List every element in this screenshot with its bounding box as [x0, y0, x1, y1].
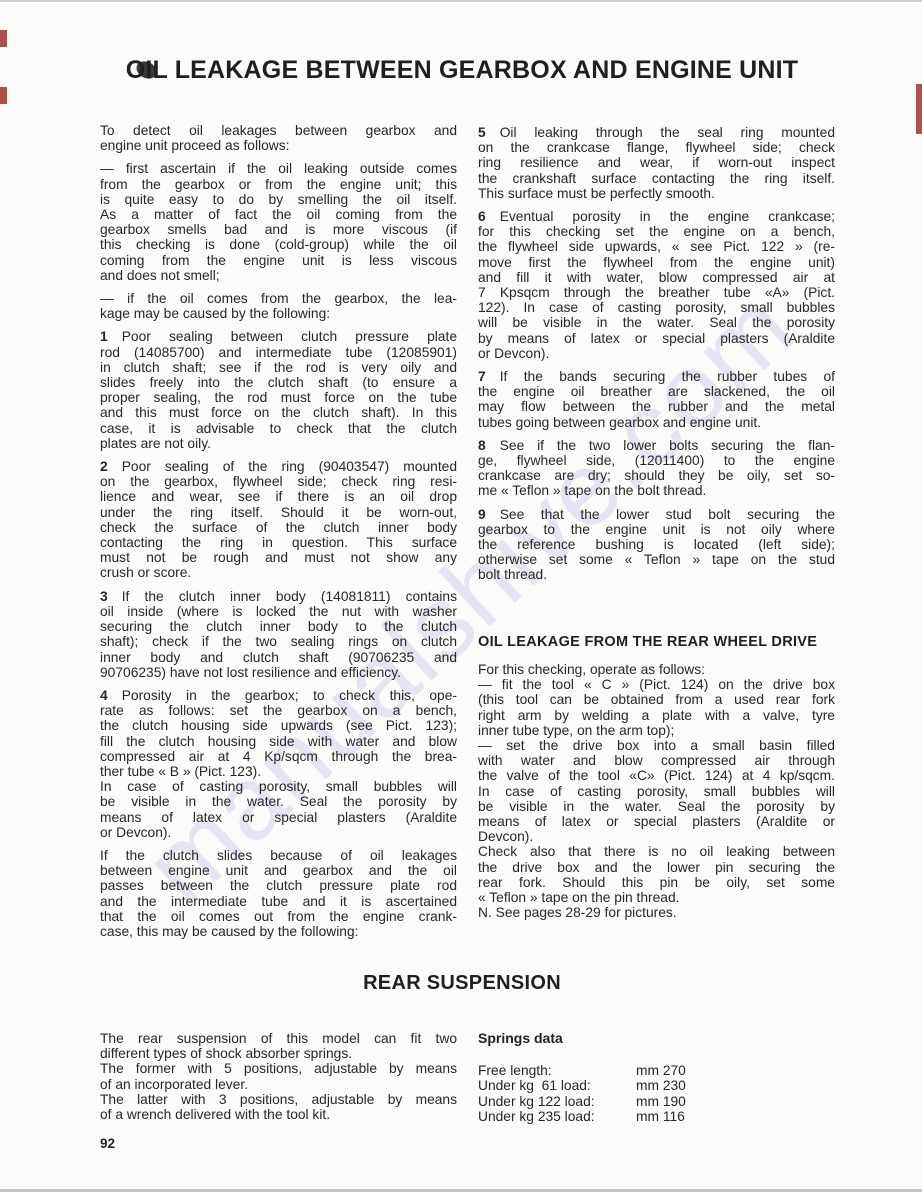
text-line: — fit the tool « C » (Pict. 124) on the … — [478, 677, 835, 692]
text-line: or Devcon). — [478, 346, 835, 361]
left-column: To detect oil leakages between gearbox a… — [100, 123, 457, 939]
text-line: The latter with 3 positions, adjustable … — [100, 1092, 457, 1107]
text-line: ther tube « B » (Pict. 123). — [100, 764, 457, 779]
text-line: 7 Kpsqcm through the breather tube «A» (… — [478, 285, 835, 300]
text-line: the flywheel side upwards, « see Pict. 1… — [478, 239, 835, 254]
item-number: 8 — [478, 438, 486, 453]
spring-value: mm 190 — [636, 1094, 686, 1110]
text-line: is quite easy to do by smelling the oil … — [100, 192, 457, 207]
paragraph: 4Porosity in the gearbox; to check this,… — [100, 688, 457, 779]
paragraph: 8See if the two lower bolts securing the… — [478, 438, 835, 499]
text-line: must not be rough and must not show any — [100, 550, 457, 565]
text-line: 7If the bands securing the rubber tubes … — [478, 369, 835, 384]
item-number: 4 — [100, 688, 108, 703]
text-line: move first the flywheel from the engine … — [478, 255, 835, 270]
text-line: oil inside (where is locked the nut with… — [100, 604, 457, 619]
paragraph: 5Oil leaking through the seal ring mount… — [478, 125, 835, 201]
section-heading: OIL LEAKAGE FROM THE REAR WHEEL DRIVE — [478, 635, 835, 650]
text-line: compressed air at 4 Kp/sqcm through the … — [100, 749, 457, 764]
text-line: 6Eventual porosity in the engine crankca… — [478, 209, 835, 224]
text-line: this checking is done (cold-group) while… — [100, 237, 457, 252]
text-line: by means of latex or special plasters (A… — [478, 331, 835, 346]
text-line: As a matter of fact the oil coming from … — [100, 207, 457, 222]
text-line: If the clutch slides because of oil leak… — [100, 848, 457, 863]
springs-data-heading: Springs data — [478, 1031, 778, 1047]
spring-value: mm 230 — [636, 1078, 686, 1094]
text-line: gearbox to the engine unit is not oily w… — [478, 522, 835, 537]
text-line: shaft); check if the two sealing rings o… — [100, 634, 457, 649]
text-line: crankcase are dry; should they be oily, … — [478, 468, 835, 483]
paragraph: — first ascertain if the oil leaking out… — [100, 161, 457, 283]
text-line: and fill it with water, blow compressed … — [478, 270, 835, 285]
text-line: « Teflon » tape on the pin thread. — [478, 890, 835, 905]
spring-row: Under kg 235 load:mm 116 — [478, 1109, 778, 1125]
text-line: means of latex or special plasters (Aral… — [478, 814, 835, 829]
spring-row: Under kg 122 load:mm 190 — [478, 1094, 778, 1110]
item-number: 6 — [478, 209, 486, 224]
text-line: Check also that there is no oil leaking … — [478, 844, 835, 859]
paragraph: N. See pages 28-29 for pictures. — [478, 905, 835, 920]
paragraph: 3If the clutch inner body (14081811) con… — [100, 589, 457, 680]
text-line: from the gearbox or from the engine unit… — [100, 177, 457, 192]
item-number: 3 — [100, 589, 108, 604]
text-line: of an incorporated lever. — [100, 1077, 457, 1092]
text-line: inner tube type, on the arm top); — [478, 723, 835, 738]
text-line: rear fork. Should this pin be oily, set … — [478, 875, 835, 890]
text-line: gearbox smells bad and is more viscous (… — [100, 222, 457, 237]
text-line: In case of casting porosity, small bubbl… — [478, 784, 835, 799]
text-line: that the oil comes out from the engine c… — [100, 909, 457, 924]
text-line: N. See pages 28-29 for pictures. — [478, 905, 835, 920]
text-line: rate as follows: set the gearbox on a be… — [100, 703, 457, 718]
text-line: the clutch housing side upwards (see Pic… — [100, 718, 457, 733]
text-line: — if the oil comes from the gearbox, the… — [100, 291, 457, 306]
text-line: check the surface of the clutch inner bo… — [100, 520, 457, 535]
right-edge-mark — [916, 84, 922, 134]
text-line: fill the clutch housing side with water … — [100, 734, 457, 749]
item-number: 9 — [478, 507, 486, 522]
text-line: and does not smell; — [100, 268, 457, 283]
text-line: the valve of the tool «C» (Pict. 124) at… — [478, 768, 835, 783]
text-line: securing the clutch inner body to the cl… — [100, 619, 457, 634]
text-line: kage may be caused by the following: — [100, 306, 457, 321]
manual-page: OIL LEAKAGE BETWEEN GEARBOX AND ENGINE U… — [0, 0, 922, 1192]
text-line: the crankshaft surface contacting the ri… — [478, 171, 835, 186]
spring-label: Under kg 61 load: — [478, 1078, 636, 1094]
paragraph: In case of casting porosity, small bubbl… — [100, 779, 457, 840]
text-line: ge, flywheel side, (12011400) to the eng… — [478, 453, 835, 468]
spring-label: Under kg 122 load: — [478, 1094, 636, 1110]
text-line: (this tool can be obtained from a used r… — [478, 692, 835, 707]
text-line: under the ring itself. Should it be worn… — [100, 505, 457, 520]
page-title: OIL LEAKAGE BETWEEN GEARBOX AND ENGINE U… — [92, 56, 832, 85]
paragraph: The latter with 3 positions, adjustable … — [100, 1092, 457, 1122]
paragraph: The former with 5 positions, adjustable … — [100, 1061, 457, 1091]
text-line: otherwise set some « Teflon » tape on th… — [478, 552, 835, 567]
text-line: inner body and clutch shaft (90706235 an… — [100, 650, 457, 665]
text-line: me « Teflon » tape on the bolt thread. — [478, 483, 835, 498]
text-line: will be visible in the water. Seal the p… — [478, 315, 835, 330]
item-number: 2 — [100, 459, 108, 474]
text-line: proper sealing, the rod must force on th… — [100, 390, 457, 405]
text-line: 3If the clutch inner body (14081811) con… — [100, 589, 457, 604]
paragraph: To detect oil leakages between gearbox a… — [100, 123, 457, 153]
text-line: different types of shock absorber spring… — [100, 1046, 457, 1061]
spring-value: mm 270 — [636, 1063, 686, 1079]
text-line: between engine unit and gearbox and the … — [100, 863, 457, 878]
text-line: and the intermediate tube and it is asce… — [100, 894, 457, 909]
text-line: be visible in the water. Seal the porosi… — [478, 799, 835, 814]
paragraph: — set the drive box into a small basin f… — [478, 738, 835, 844]
page-number: 92 — [100, 1136, 115, 1151]
paragraph: 6Eventual porosity in the engine crankca… — [478, 209, 835, 361]
text-line: — first ascertain if the oil leaking out… — [100, 161, 457, 176]
text-line: on the gearbox, flywheel side; check rin… — [100, 474, 457, 489]
text-line: The rear suspension of this model can fi… — [100, 1031, 457, 1046]
text-line: 90706235) have not lost resilience and e… — [100, 665, 457, 680]
item-number: 5 — [478, 125, 486, 140]
text-line: bolt thread. — [478, 567, 835, 582]
text-line: 122). In case of casting porosity, small… — [478, 300, 835, 315]
text-line: crush or score. — [100, 565, 457, 580]
text-line: the reference bushing is located (left s… — [478, 537, 835, 552]
text-line: or Devcon). — [100, 825, 457, 840]
spring-label: Under kg 235 load: — [478, 1109, 636, 1125]
item-number: 7 — [478, 369, 486, 384]
text-line: 8See if the two lower bolts securing the… — [478, 438, 835, 453]
text-line: may flow between the rubber and the meta… — [478, 399, 835, 414]
text-line: ring resilience and wear, if worn-out in… — [478, 155, 835, 170]
spring-value: mm 116 — [636, 1109, 685, 1125]
text-line: OIL LEAKAGE FROM THE REAR WHEEL DRIVE — [478, 635, 835, 650]
text-line: — set the drive box into a small basin f… — [478, 738, 835, 753]
text-line: plates are not oily. — [100, 436, 457, 451]
spring-row: Under kg 61 load:mm 230 — [478, 1078, 778, 1094]
paragraph: — if the oil comes from the gearbox, the… — [100, 291, 457, 321]
text-line: means of latex or special plasters (Aral… — [100, 810, 457, 825]
text-line: slides freely into the clutch shaft (to … — [100, 375, 457, 390]
springs-table: Free length:mm 270Under kg 61 load:mm 23… — [478, 1063, 778, 1125]
text-line: The former with 5 positions, adjustable … — [100, 1061, 457, 1076]
paragraph: 7If the bands securing the rubber tubes … — [478, 369, 835, 430]
spring-row: Free length:mm 270 — [478, 1063, 778, 1079]
paragraph: For this checking, operate as follows: — [478, 662, 835, 677]
right-column: 5Oil leaking through the seal ring mount… — [478, 125, 835, 920]
text-line: with water and blow compressed air throu… — [478, 753, 835, 768]
text-line: for this checking set the engine on a be… — [478, 224, 835, 239]
text-line: the engine oil breather are slackened, t… — [478, 384, 835, 399]
paragraph: Check also that there is no oil leaking … — [478, 844, 835, 905]
text-line: be visible in the water. Seal the porosi… — [100, 794, 457, 809]
paragraph: 9See that the lower stud bolt securing t… — [478, 507, 835, 583]
text-line: rod (14085700) and intermediate tube (12… — [100, 345, 457, 360]
text-line: in clutch shaft; see if the rod is very … — [100, 360, 457, 375]
text-line: 5Oil leaking through the seal ring mount… — [478, 125, 835, 140]
paragraph: — fit the tool « C » (Pict. 124) on the … — [478, 677, 835, 738]
rear-suspension-left-column: The rear suspension of this model can fi… — [100, 1031, 457, 1122]
paragraph: The rear suspension of this model can fi… — [100, 1031, 457, 1061]
rear-suspension-title: REAR SUSPENSION — [92, 972, 832, 995]
text-line: and this must force on the clutch shaft)… — [100, 405, 457, 420]
text-line: In case of casting porosity, small bubbl… — [100, 779, 457, 794]
text-line: This surface must be perfectly smooth. — [478, 186, 835, 201]
text-line: case, it is advisable to check that the … — [100, 421, 457, 436]
text-line: 1Poor sealing between clutch pressure pl… — [100, 329, 457, 344]
text-line: 2Poor sealing of the ring (90403547) mou… — [100, 459, 457, 474]
text-line: case, this may be caused by the followin… — [100, 924, 457, 939]
text-line: on the crankcase flange, flywheel side; … — [478, 140, 835, 155]
text-line: 4Porosity in the gearbox; to check this,… — [100, 688, 457, 703]
text-line: To detect oil leakages between gearbox a… — [100, 123, 457, 138]
text-line: contacting the ring in question. This su… — [100, 535, 457, 550]
text-line: coming from the engine unit is less visc… — [100, 253, 457, 268]
paragraph: 2Poor sealing of the ring (90403547) mou… — [100, 459, 457, 581]
text-line: passes between the clutch pressure plate… — [100, 878, 457, 893]
left-edge-mark-1 — [0, 30, 7, 47]
text-line: lience and wear, see if there is an oil … — [100, 489, 457, 504]
paragraph: If the clutch slides because of oil leak… — [100, 848, 457, 939]
springs-data: Springs data Free length:mm 270Under kg … — [478, 1031, 778, 1125]
spring-label: Free length: — [478, 1063, 636, 1079]
text-line: Devcon). — [478, 829, 835, 844]
paragraph: 1Poor sealing between clutch pressure pl… — [100, 329, 457, 451]
text-line: of a wrench delivered with the tool kit. — [100, 1107, 457, 1122]
text-line: tubes going between gearbox and engine u… — [478, 415, 835, 430]
text-line: 9See that the lower stud bolt securing t… — [478, 507, 835, 522]
text-line: the drive box and the lower pin securing… — [478, 860, 835, 875]
text-line: engine unit proceed as follows: — [100, 138, 457, 153]
text-line: right arm by welding a plate with a valv… — [478, 708, 835, 723]
text-line: For this checking, operate as follows: — [478, 662, 835, 677]
left-edge-mark-2 — [0, 87, 7, 104]
item-number: 1 — [100, 329, 108, 344]
